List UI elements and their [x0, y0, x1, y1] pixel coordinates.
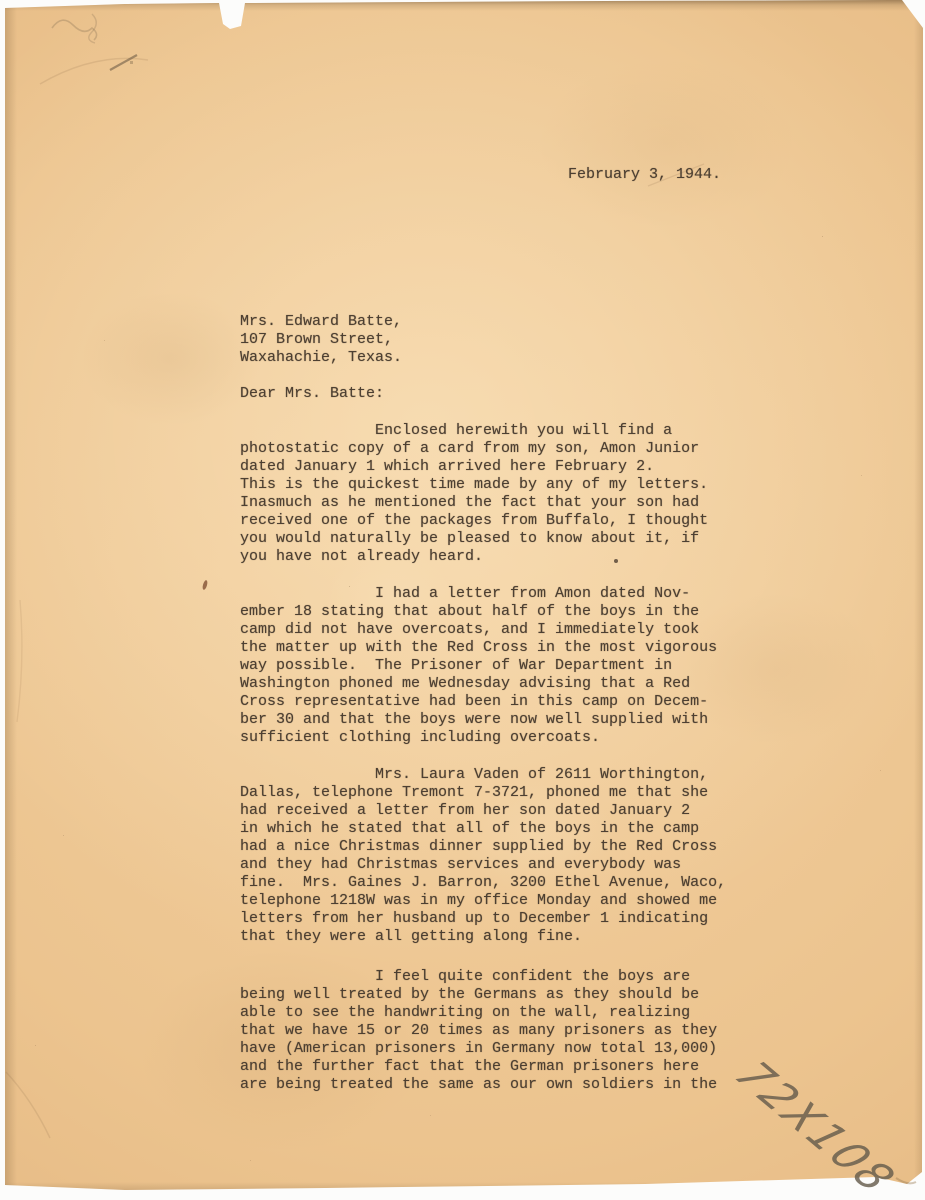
letter-line: Mrs. Laura Vaden of 2611 Worthington, — [240, 766, 726, 784]
date-line: February 3, 1944. — [568, 166, 721, 184]
letter-line: being well treated by the Germans as the… — [240, 986, 717, 1004]
letter-line: you have not already heard. — [240, 548, 708, 566]
letter-line: Dallas, telephone Tremont 7-3721, phoned… — [240, 784, 726, 802]
paragraph-2: I had a letter from Amon dated Nov-ember… — [240, 585, 717, 747]
scanned-letter-page: February 3, 1944. Mrs. Edward Batte,107 … — [0, 0, 925, 1200]
paragraph-4: I feel quite confident the boys arebeing… — [240, 968, 717, 1094]
letter-line: have (American prisoners in Germany now … — [240, 1040, 717, 1058]
letter-line: that we have 15 or 20 times as many pris… — [240, 1022, 717, 1040]
letter-line: ember 18 stating that about half of the … — [240, 603, 717, 621]
letter-line: received one of the packages from Buffal… — [240, 512, 708, 530]
letter-line: the matter up with the Red Cross in the … — [240, 639, 717, 657]
letter-line: had received a letter from her son dated… — [240, 802, 726, 820]
paper-speckles — [0, 0, 1, 1]
letter-line: sufficient clothing including overcoats. — [240, 729, 717, 747]
letter-line: you would naturally be pleased to know a… — [240, 530, 708, 548]
recipient-address: Mrs. Edward Batte,107 Brown Street,Waxah… — [240, 313, 402, 367]
letter-line: I feel quite confident the boys are — [240, 968, 717, 986]
letter-line: Enclosed herewith you will find a — [240, 422, 708, 440]
stray-period-mark — [614, 559, 618, 563]
paragraph-3: Mrs. Laura Vaden of 2611 Worthington,Dal… — [240, 766, 726, 946]
letter-line: Mrs. Edward Batte, — [240, 313, 402, 331]
letter-line: that they were all getting along fine. — [240, 928, 726, 946]
letter-line: Cross representative had been in this ca… — [240, 693, 717, 711]
letter-line: and they had Christmas services and ever… — [240, 856, 726, 874]
letter-line: Inasmuch as he mentioned the fact that y… — [240, 494, 708, 512]
letter-line: photostatic copy of a card from my son, … — [240, 440, 708, 458]
letter-line: Washington phoned me Wednesday advising … — [240, 675, 717, 693]
letter-line: letters from her husband up to December … — [240, 910, 726, 928]
letter-line: dated January 1 which arrived here Febru… — [240, 458, 708, 476]
salutation-line: Dear Mrs. Batte: — [240, 385, 384, 403]
letter-line: able to see the handwriting on the wall,… — [240, 1004, 717, 1022]
letter-line: This is the quickest time made by any of… — [240, 476, 708, 494]
letter-line: in which he stated that all of the boys … — [240, 820, 726, 838]
letter-line: way possible. The Prisoner of War Depart… — [240, 657, 717, 675]
letter-line: Waxahachie, Texas. — [240, 349, 402, 367]
letter-line: camp did not have overcoats, and I immed… — [240, 621, 717, 639]
letter-line: 107 Brown Street, — [240, 331, 402, 349]
letter-line: are being treated the same as our own so… — [240, 1076, 717, 1094]
letter-line: fine. Mrs. Gaines J. Barron, 3200 Ethel … — [240, 874, 726, 892]
letter-line: and the further fact that the German pri… — [240, 1058, 717, 1076]
letter-line: telephone 1218W was in my office Monday … — [240, 892, 726, 910]
letter-line: I had a letter from Amon dated Nov- — [240, 585, 717, 603]
letter-line: had a nice Christmas dinner supplied by … — [240, 838, 726, 856]
paragraph-1: Enclosed herewith you will find aphotost… — [240, 422, 708, 566]
letter-line: ber 30 and that the boys were now well s… — [240, 711, 717, 729]
